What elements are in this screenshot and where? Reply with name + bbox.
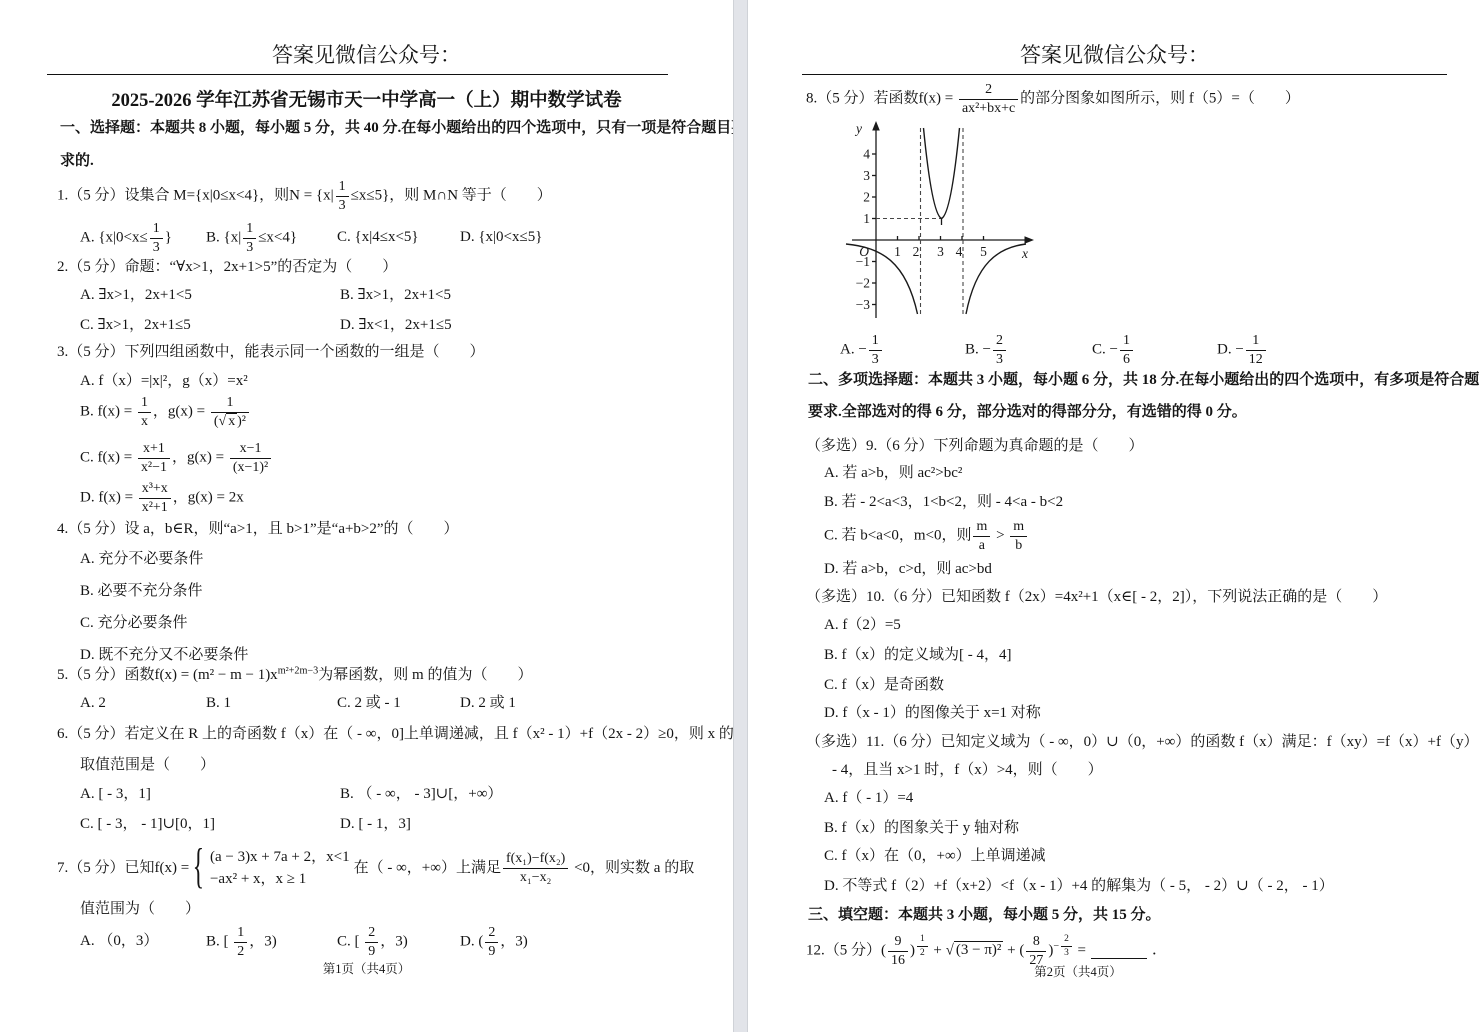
q4-option-a: A. 充分不必要条件: [80, 543, 203, 577]
q1-option-c: C. {x|4≤x<5}: [337, 221, 419, 255]
q3-option-b: B. f(x) = 1x，g(x) = 1(√x)²: [80, 395, 251, 429]
q8-option-d: D. −112: [1217, 333, 1268, 367]
q1-option-a: A. {x|0<x≤13}: [80, 221, 172, 255]
q8-option-c: C. −16: [1092, 333, 1135, 367]
q10-option-b: B. f（x）的定义域为[ - 4，4]: [824, 639, 1012, 673]
section1-heading-line2: 求的.: [60, 145, 94, 179]
x-tick-2: 2: [913, 244, 920, 259]
x-tick-1: 1: [894, 244, 901, 259]
y-tick-neg3: −3: [856, 297, 871, 312]
y-tick-2: 2: [863, 190, 870, 205]
header-rule: [802, 74, 1447, 75]
q5-option-d: D. 2 或 1: [460, 687, 516, 721]
q1-option-b: B. {x|13≤x<4}: [206, 221, 297, 255]
q7-stem-line2: 值范围为（ ）: [80, 893, 200, 927]
x-tick-5: 5: [980, 244, 987, 259]
q9-option-b: B. 若 - 2<a<3，1<b<2，则 - 4<a - b<2: [824, 486, 1063, 520]
q5-option-c: C. 2 或 - 1: [337, 687, 401, 721]
page-2: 答案见微信公众号： 8.（5 分）若函数f(x) = 2ax²+bx+c的部分图…: [748, 0, 1481, 1032]
section3-heading: 三、填空题：本题共 3 小题，每小题 5 分，共 15 分。: [808, 899, 1161, 933]
page1-footer: 第1页（共4页）: [0, 952, 733, 986]
q1-stem: 1.（5 分）设集合 M={x|0≤x<4}，则N = {x|13≤x≤5}，则…: [57, 179, 552, 213]
page2-header: 答案见微信公众号：: [748, 38, 1481, 74]
page-1: 答案见微信公众号： 2025-2026 学年江苏省无锡市天一中学高一（上）期中数…: [0, 0, 733, 1032]
q3-option-d: D. f(x) = x³+xx²+1，g(x) = 2x: [80, 481, 244, 515]
q11-option-c: C. f（x）在（0，+∞）上单调递减: [824, 840, 1046, 874]
q1-option-d: D. {x|0<x≤5}: [460, 221, 542, 255]
x-tick-3: 3: [937, 244, 944, 259]
q8-option-a: A. −13: [840, 333, 884, 367]
q11-option-a: A. f（ - 1）=4: [824, 782, 913, 816]
section2-heading-line2: 要求.全部选对的得 6 分，部分选对的得部分分，有选错的得 0 分。: [808, 396, 1247, 430]
y-tick-neg2: −2: [856, 276, 870, 291]
q7-stem-line1: 7.（5 分）已知f(x) = (a − 3)x + 7a + 2，x<1−ax…: [57, 840, 694, 896]
y-tick-1: 1: [863, 211, 870, 226]
y-tick-neg1: −1: [856, 254, 870, 269]
q4-option-c: C. 充分必要条件: [80, 607, 188, 641]
q5-option-b: B. 1: [206, 687, 231, 721]
q3-option-c: C. f(x) = x+1x²−1，g(x) = x−1(x−1)²: [80, 441, 273, 475]
section2-heading-line1: 二、多项选择题：本题共 3 小题，每小题 6 分，共 18 分.在每小题给出的四…: [808, 364, 1481, 398]
y-tick-4: 4: [863, 147, 870, 162]
x-tick-4: 4: [956, 244, 963, 259]
q2-option-b: B. ∃x>1，2x+1<5: [340, 279, 451, 313]
x-axis-arrow: [1025, 236, 1035, 244]
q4-stem: 4.（5 分）设 a，b∈R，则“a>1，且 b>1”是“a+b>2”的（ ）: [57, 513, 459, 547]
y-axis-arrow: [872, 121, 880, 131]
x-axis-label: x: [1021, 246, 1028, 261]
page-gap-divider: [733, 0, 748, 1032]
curve-right-branch: [966, 244, 1026, 314]
q6-option-d: D. [ - 1，3]: [340, 808, 411, 842]
page1-header: 答案见微信公众号：: [0, 38, 733, 74]
page2-footer: 第2页（共4页）: [978, 955, 1178, 989]
q9-option-c: C. 若 b<a<0，m<0，则ma > mb: [824, 519, 1029, 553]
y-tick-3: 3: [863, 168, 870, 183]
q4-option-b: B. 必要不充分条件: [80, 575, 203, 609]
y-axis-label: y: [854, 121, 862, 136]
q6-option-a: A. [ - 3，1]: [80, 778, 151, 812]
q6-option-b: B. （ - ∞， - 3]∪[，+∞）: [340, 778, 502, 812]
q6-stem-line1: 6.（5 分）若定义在 R 上的奇函数 f（x）在（ - ∞，0]上单调递减，且…: [57, 718, 734, 752]
header-rule: [47, 74, 668, 75]
q5-option-a: A. 2: [80, 687, 106, 721]
exam-document: 答案见微信公众号： 2025-2026 学年江苏省无锡市天一中学高一（上）期中数…: [0, 0, 1481, 1032]
section1-heading-line1: 一、选择题：本题共 8 小题，每小题 5 分，共 40 分.在每小题给出的四个选…: [60, 112, 746, 146]
q8-option-b: B. −23: [965, 333, 1008, 367]
q8-stem: 8.（5 分）若函数f(x) = 2ax²+bx+c的部分图象如图所示，则 f（…: [806, 82, 1300, 116]
q10-option-a: A. f（2）=5: [824, 609, 901, 643]
q8-function-graph: y x O 4 3 2 1 −1 −2 −3 1 2 3 4 5: [826, 116, 1041, 323]
q2-option-a: A. ∃x>1，2x+1<5: [80, 279, 192, 313]
curve-middle-branch: [924, 128, 960, 219]
